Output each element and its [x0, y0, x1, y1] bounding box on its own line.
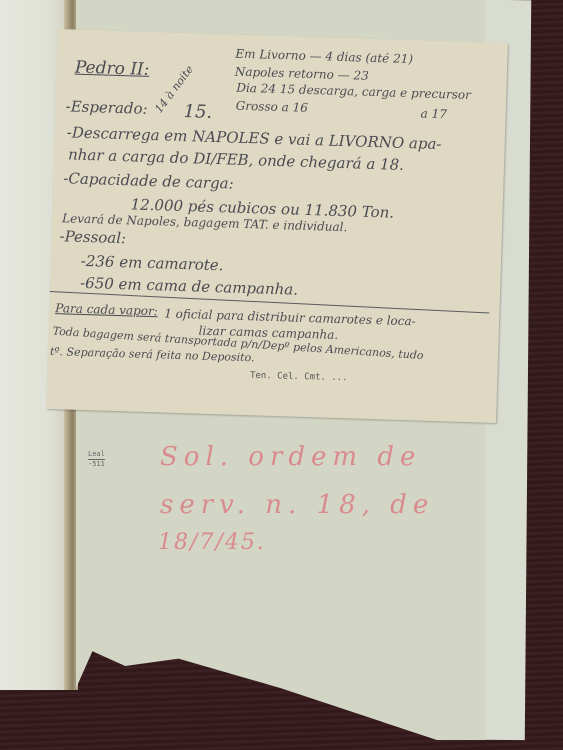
side-note-line4: Grosso a 16	[236, 99, 309, 115]
stamp-top: Leal	[88, 450, 105, 460]
red-annotation-line3: 18/7/45.	[158, 530, 266, 555]
stamp-mark: Leal -511	[88, 450, 105, 469]
side-note-line5: a 17	[420, 106, 447, 121]
note-line-3: -Capacidade de carga:	[63, 169, 234, 192]
red-annotation-line2: serv. n. 18, de	[160, 490, 434, 520]
per-ship-label: Para cada vapor:	[55, 301, 158, 318]
note-line-6: -Pessoal:	[59, 227, 126, 247]
note-card: Pedro II: Em Livorno — 4 dias (até 21) N…	[46, 29, 508, 423]
red-annotation-line1: Sol. ordem de	[160, 442, 421, 472]
side-note-line1: Em Livorno — 4 dias (até 21)	[235, 47, 413, 67]
note-heading: Pedro II:	[75, 58, 150, 80]
side-note-line2: Napoles retorno — 23	[235, 65, 369, 83]
expected-value: 15.	[183, 101, 212, 123]
stamp-bottom: -511	[88, 460, 105, 469]
expected-label: -Esperado:	[65, 97, 148, 118]
note-line-7: -236 em camarote.	[81, 252, 224, 274]
